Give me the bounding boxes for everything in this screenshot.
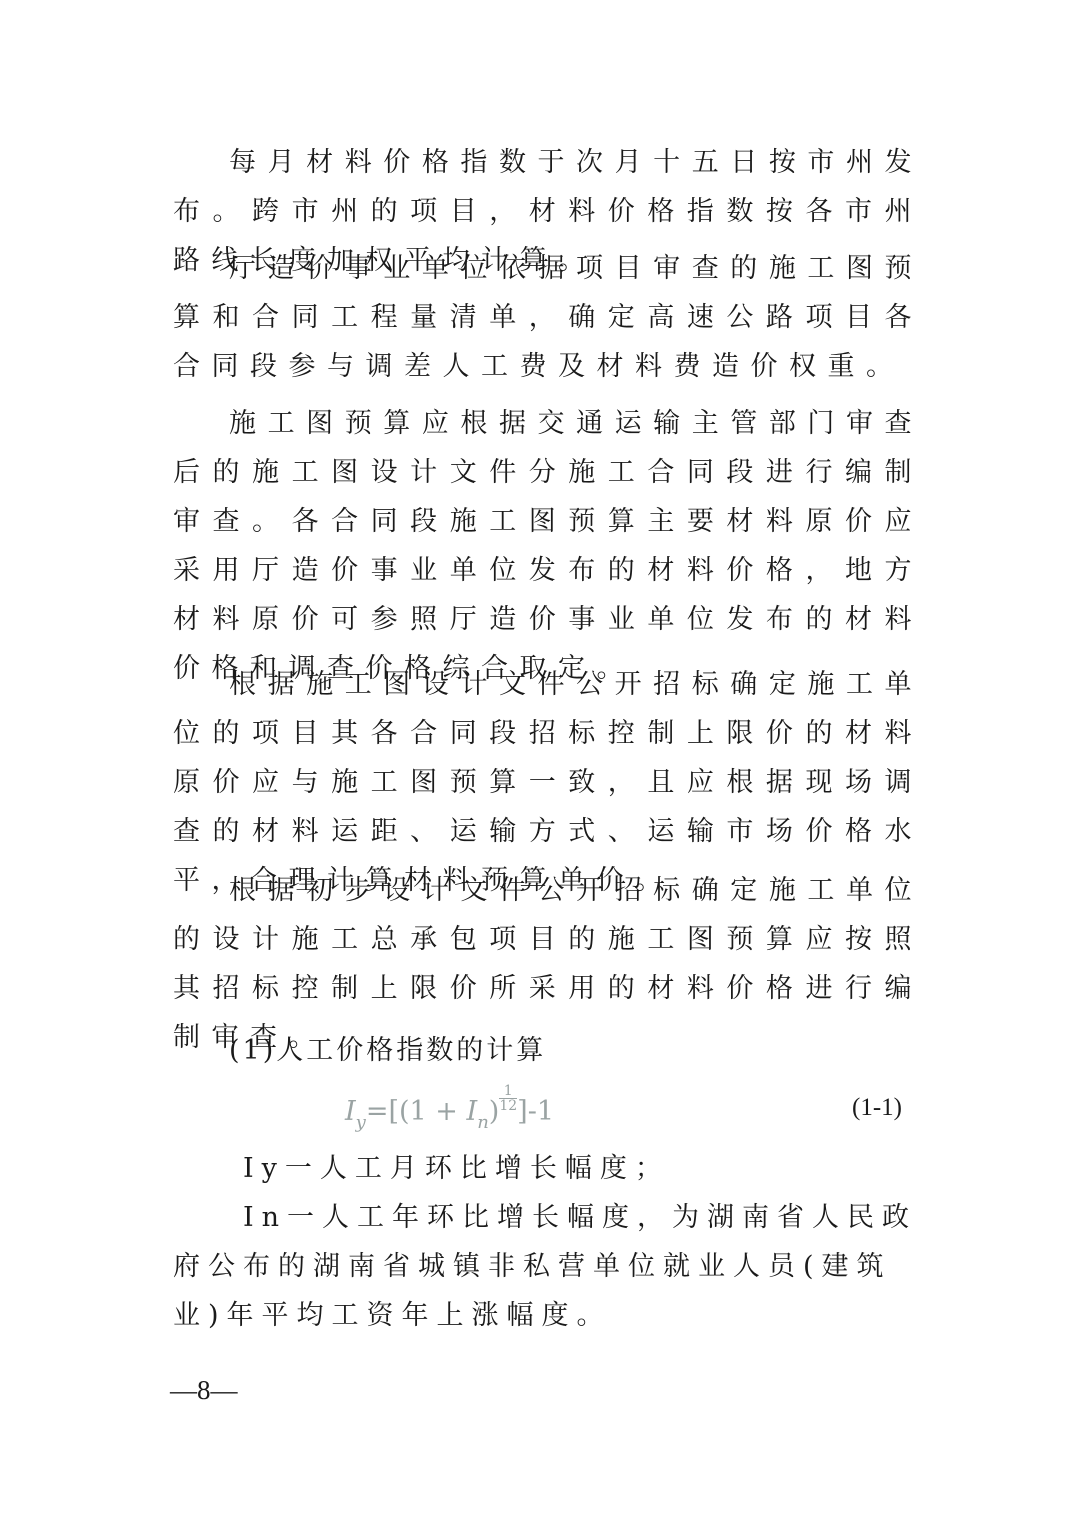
definition-text: In一人工年环比增长幅度，为湖南省人民政府公布的湖南省城镇非私营单位就业人员(建… [173,1202,917,1331]
formula-labor-index: Iy=[(1 + In)112]-1 [345,1084,554,1133]
paragraph-text: 厅造价事业单位依据项目审查的施工图预算和合同工程量清单，确定高速公路项目各合同段… [173,253,923,382]
formula-part: =[(1 + [366,1096,467,1127]
paragraph-text: 根据施工图设计文件公开招标确定施工单位的项目其各合同段招标控制上限价的材料原价应… [173,669,923,896]
paragraph-text: 根据初步设计文件公开招标确定施工单位的设计施工总承包项目的施工图预算应按照其招标… [173,875,923,1053]
paragraph-cost-weight: 厅造价事业单位依据项目审查的施工图预算和合同工程量清单，确定高速公路项目各合同段… [173,244,923,391]
definition-text: Iy一人工月环比增长幅度； [243,1153,670,1184]
formula-exponent: 112 [499,1084,517,1113]
paragraph-text: 施工图预算应根据交通运输主管部门审查后的施工图设计文件分施工合同段进行编制审查。… [173,408,923,684]
paragraph-construction-budget: 施工图预算应根据交通运输主管部门审查后的施工图设计文件分施工合同段进行编制审查。… [173,399,923,693]
page-number: —8— [170,1375,238,1406]
formula-sub: n [477,1112,489,1133]
formula-var: I [467,1096,478,1127]
definition-iy: Iy一人工月环比增长幅度； [173,1144,923,1193]
formula-part: ]-1 [517,1096,554,1127]
formula-part: ) [489,1096,500,1127]
exponent-numerator: 1 [499,1084,517,1099]
document-page: 每月材料价格指数于次月十五日按市州发布。跨市州的项目，材料价格指数按各市州路线长… [0,0,1075,1521]
definition-in: In一人工年环比增长幅度，为湖南省人民政府公布的湖南省城镇非私营单位就业人员(建… [173,1193,923,1340]
exponent-denominator: 12 [499,1099,517,1113]
formula-sub: y [356,1112,366,1133]
formula-var: I [345,1096,356,1127]
section-heading: (1)人工价格指数的计算 [229,1031,546,1071]
equation-number: (1-1) [852,1094,902,1122]
